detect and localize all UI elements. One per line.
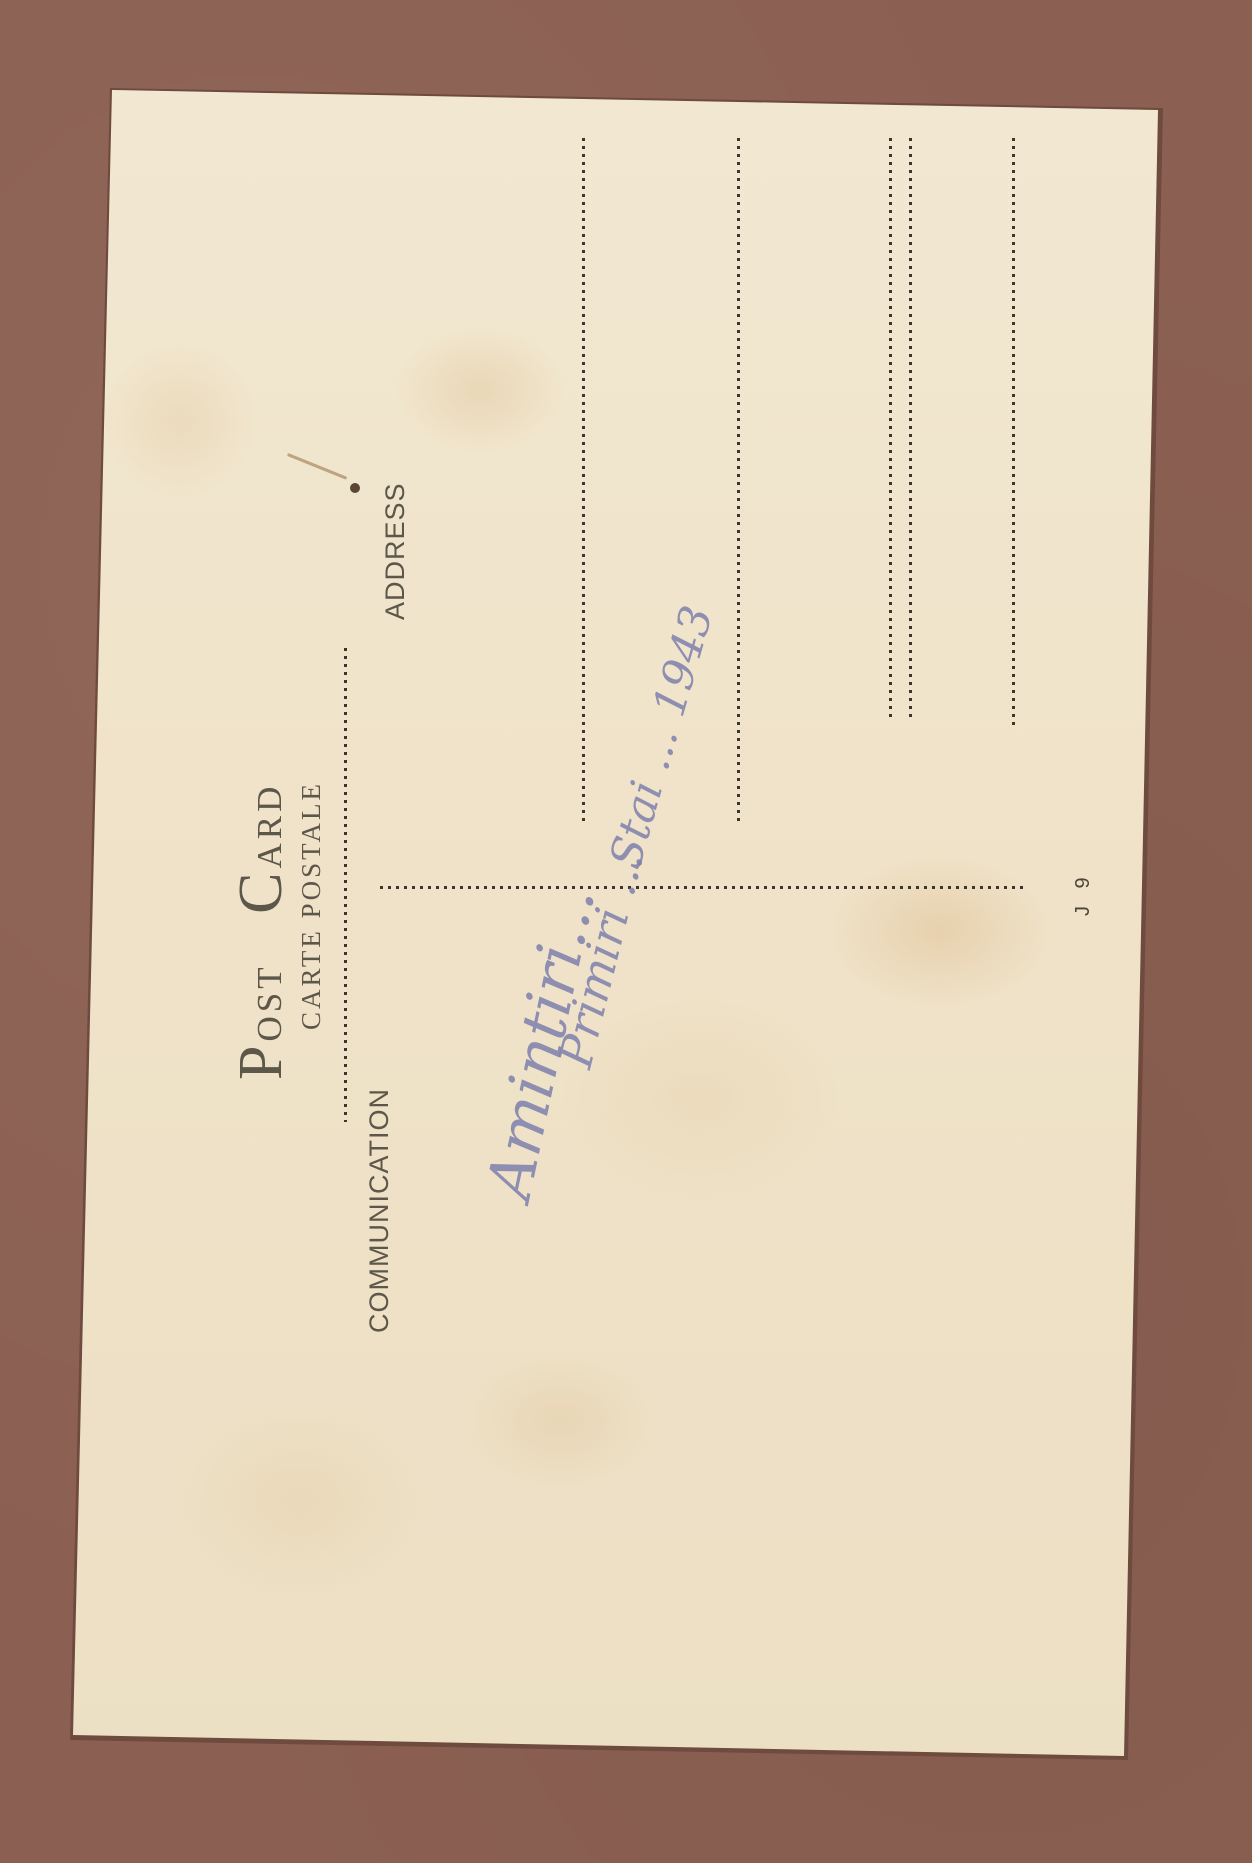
center-divider-dotted — [380, 886, 1028, 889]
title-initial-c: C — [227, 869, 295, 914]
header-divider-dotted — [344, 648, 347, 1122]
title-card-rest: ard — [236, 783, 292, 869]
title-initial-p: P — [227, 1042, 295, 1080]
address-line-4 — [909, 138, 912, 722]
address-label: ADDRESS — [380, 482, 411, 620]
postcard-title: Post Card — [226, 783, 297, 1080]
title-post-rest: ost — [236, 963, 292, 1041]
paper-spot — [350, 483, 360, 493]
address-line-5 — [1012, 138, 1015, 730]
address-line-2 — [737, 138, 740, 822]
communication-label: COMMUNICATION — [364, 1088, 395, 1333]
address-line-1 — [582, 138, 585, 822]
serial-mark: J 9 — [1072, 871, 1095, 916]
address-line-3 — [889, 138, 892, 722]
subtitle-carte-postale: CARTE POSTALE — [296, 781, 327, 1030]
